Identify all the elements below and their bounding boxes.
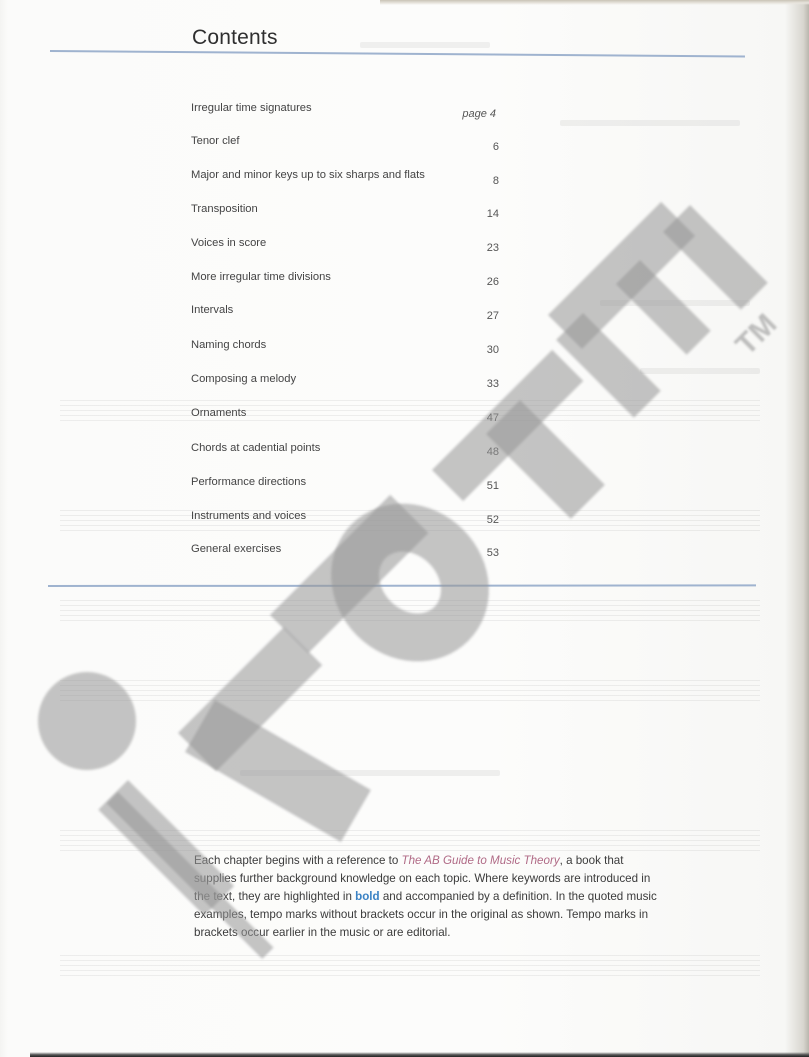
- toc-entry: Performance directions51: [191, 476, 511, 496]
- toc-entry-title: Composing a melody: [191, 373, 296, 385]
- toc-entry: General exercises53: [191, 543, 511, 563]
- toc-entry-page: 33: [487, 378, 499, 390]
- toc-entry-title: Transposition: [191, 203, 258, 215]
- toc-entry-title: Irregular time signatures: [191, 102, 312, 114]
- toc-entry-title: Intervals: [191, 304, 233, 316]
- toc-entry: Transposition14: [191, 203, 511, 223]
- book-title-reference: The AB Guide to Music Theory: [402, 854, 560, 867]
- intro-text-1: Each chapter begins with a reference to: [194, 854, 402, 867]
- toc-entry-page: 48: [487, 446, 499, 458]
- toc-entry: Irregular time signaturespage 4: [191, 102, 511, 122]
- keyword-example: bold: [355, 890, 379, 903]
- title-rule: [50, 50, 745, 57]
- toc-entry-page: 6: [493, 141, 499, 153]
- toc-entry-page: 26: [487, 276, 499, 288]
- toc-entry-title: Instruments and voices: [191, 510, 306, 522]
- watermark-e-arm1: [556, 313, 661, 418]
- page-title: Contents: [192, 26, 278, 50]
- toc-entry: Composing a melody33: [191, 373, 511, 393]
- toc-entry-title: Naming chords: [191, 339, 266, 351]
- toc-entry-page: page 4: [462, 108, 496, 120]
- toc-entry-title: General exercises: [191, 543, 281, 555]
- intro-paragraph: Each chapter begins with a reference to …: [194, 852, 664, 942]
- toc-entry: More irregular time divisions26: [191, 271, 511, 291]
- toc-entry-page: 47: [487, 412, 499, 424]
- page-bottom-edge: [30, 1052, 809, 1057]
- toc-entry-page: 30: [487, 344, 499, 356]
- watermark-dot: [38, 672, 136, 770]
- page-top-edge: [380, 0, 809, 5]
- toc-entry-title: More irregular time divisions: [191, 271, 331, 283]
- watermark-e-spine: [548, 202, 695, 349]
- toc-entry: Chords at cadential points48: [191, 442, 511, 462]
- toc-entry: Intervals27: [191, 304, 511, 324]
- toc-entry-page: 52: [487, 514, 499, 526]
- toc-entry-title: Voices in score: [191, 237, 266, 249]
- toc-entry-title: Ornaments: [191, 407, 246, 419]
- toc-entry-page: 51: [487, 480, 499, 492]
- toc-entry: Instruments and voices52: [191, 510, 511, 530]
- toc-entry-page: 8: [493, 175, 499, 187]
- watermark-n-diag: [185, 700, 371, 842]
- toc-entry: Tenor clef6: [191, 135, 511, 155]
- toc-entry-page: 23: [487, 242, 499, 254]
- toc-entry-page: 53: [487, 547, 499, 559]
- toc-entry: Naming chords30: [191, 339, 511, 359]
- watermark-o: [299, 471, 522, 694]
- toc-entry: Voices in score23: [191, 237, 511, 257]
- toc-entry-title: Major and minor keys up to six sharps an…: [191, 169, 425, 181]
- toc-entry-page: 27: [487, 310, 499, 322]
- toc-entry-title: Performance directions: [191, 476, 306, 488]
- toc-entry-page: 14: [487, 208, 499, 220]
- watermark-e-arm3: [663, 205, 768, 310]
- toc-entry: Ornaments47: [191, 407, 511, 427]
- toc-entry-title: Tenor clef: [191, 135, 240, 147]
- toc-entry: Major and minor keys up to six sharps an…: [191, 169, 511, 189]
- toc-entry-title: Chords at cadential points: [191, 442, 320, 454]
- watermark-e-arm2: [616, 260, 711, 355]
- watermark-trademark: TM: [729, 308, 784, 363]
- section-divider: [48, 584, 756, 586]
- document-page: Contents Irregular time signaturespage 4…: [0, 0, 809, 1057]
- watermark-n-left: [178, 627, 322, 771]
